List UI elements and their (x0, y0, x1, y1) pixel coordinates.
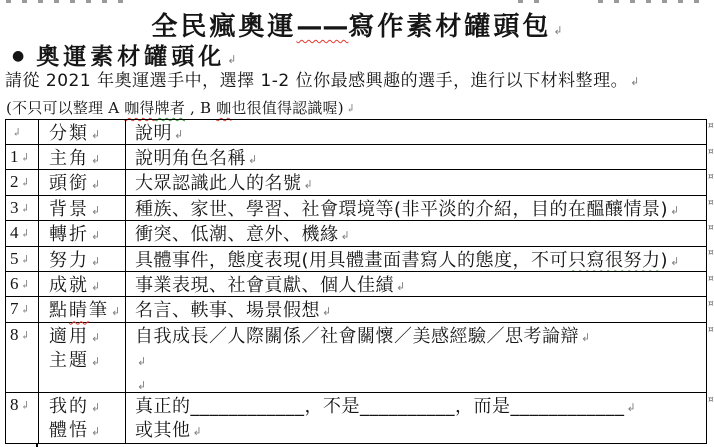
bullet-icon: ● (12, 48, 24, 64)
description-text: 大眾認識此人的名號 (135, 173, 302, 194)
title-text-right: 寫作素材罐頭包 (348, 12, 551, 42)
row-number: 2 (10, 172, 19, 191)
return-mark-icon: ↲ (91, 173, 100, 196)
row-end-mark-icon: ¤ (708, 275, 714, 284)
return-mark-icon: ↲ (630, 75, 639, 88)
return-mark-icon: ↲ (248, 148, 257, 169)
return-mark-icon: ↲ (21, 198, 30, 220)
return-mark-icon: ↲ (21, 249, 30, 271)
return-mark-icon: ↲ (304, 173, 313, 194)
row-end-mark-icon: ¤ (708, 173, 714, 182)
return-mark-icon: ↲ (137, 350, 146, 373)
description-text: 事業表現、社會貢獻、個人佳績 (135, 275, 394, 296)
row-end-mark-icon: ¤ (708, 199, 714, 208)
description-cell: 事業表現、社會貢獻、個人佳績↲ (126, 272, 706, 296)
return-mark-icon: ↲ (91, 123, 100, 146)
note-spellcheck-red: 咖得 (124, 99, 154, 117)
description-cell: 真正的____________，不是__________，而是_________… (126, 393, 706, 443)
category-cell: 適用↲ 主題↲ (39, 323, 126, 392)
return-mark-icon: ↲ (91, 199, 100, 222)
category-label: 成就 (49, 275, 89, 296)
return-mark-icon: ↲ (553, 24, 562, 37)
description-text: 或其他 (135, 420, 191, 441)
description-cell: 衝突、低潮、意外、機緣↲ (126, 221, 706, 245)
document-page: 全民瘋奧運——寫作素材罐頭包↲ ●奧運素材罐頭化↲ 請從 2021 年奧運選手中… (0, 0, 714, 447)
row-end-mark-icon: ¤ (708, 326, 714, 335)
row-number-cell: 1↲ (6, 145, 39, 169)
return-mark-icon: ↲ (21, 299, 30, 321)
return-mark-icon: ↲ (21, 274, 30, 296)
description-cell: 大眾認識此人的名號↲ (126, 170, 706, 194)
description-text: 衝突、低潮、意外、機緣 (135, 224, 339, 245)
return-mark-icon: ↲ (21, 147, 30, 169)
return-mark-icon: ↲ (111, 300, 120, 323)
description-text: 自我成長／人際關係／社會關懷／美感經驗／思考論辯 (135, 326, 579, 347)
return-mark-icon: ↲ (21, 395, 30, 417)
table-row: 1↲ 主角↲ 說明角色名稱↲ (6, 145, 706, 170)
table-row: 5↲ 努力↲ 具體事件，態度表現(用具體畫面書寫人的態度，不可只寫很努力)↲ (6, 247, 706, 272)
row-number: 8 (10, 395, 19, 414)
row-number-cell: ↲ (6, 120, 39, 144)
row-end-mark-icon: ¤ (708, 300, 714, 309)
return-mark-icon: ↲ (91, 420, 100, 443)
row-number: 5 (10, 249, 19, 268)
return-mark-icon: ↲ (193, 420, 202, 443)
cut-off-next-row-border (36, 443, 38, 447)
return-mark-icon: ↲ (396, 275, 405, 296)
row-number: 4 (10, 223, 19, 242)
row-number-cell: 6↲ (6, 272, 39, 296)
description-spellcheck-green: 只寫很努力 (568, 250, 661, 271)
category-spellcheck-red: 睛 (69, 300, 89, 321)
category-label: 體悟 (49, 420, 89, 441)
return-mark-icon: ↲ (137, 374, 146, 392)
description-cell: 具體事件，態度表現(用具體畫面書寫人的態度，不可只寫很努力)↲ (126, 247, 706, 271)
return-mark-icon: ↲ (91, 275, 100, 298)
return-mark-icon: ↲ (174, 123, 183, 144)
cropped-text-top (518, 0, 548, 3)
description-cell: 名言、軼事、場景假想↲ (126, 297, 706, 321)
table-row: 8↲ 我的↲ 體悟↲ 真正的____________，不是__________，… (6, 393, 706, 443)
return-mark-icon: ↲ (341, 224, 350, 245)
category-label: 努力 (49, 250, 89, 271)
table-row: 4↲ 轉折↲ 衝突、低潮、意外、機緣↲ (6, 221, 706, 246)
return-mark-icon: ↲ (91, 326, 100, 349)
description-cell: 種族、家世、學習、社會環境等(非平淡的介紹，目的在醞釀情景)↲ (126, 196, 706, 220)
note-text: (不只可以整理 A (6, 99, 124, 117)
category-header-cell: 分類↲ (39, 120, 126, 144)
return-mark-icon: ↲ (21, 325, 30, 347)
return-mark-icon: ↲ (12, 122, 21, 144)
category-label: 主角 (49, 148, 89, 169)
category-cell: 成就↲ (39, 272, 126, 296)
cropped-text-top (598, 0, 710, 3)
return-mark-icon: ↲ (91, 396, 100, 419)
description-text: ) (661, 250, 669, 271)
return-mark-icon: ↲ (322, 300, 331, 321)
description-cell: 說明角色名稱↲ (126, 145, 706, 169)
row-number-cell: 8↲ (6, 323, 39, 392)
row-end-mark-icon: ¤ (708, 396, 714, 405)
note-spellcheck-green: 牌者 (155, 99, 185, 117)
table-row: 6↲ 成就↲ 事業表現、社會貢獻、個人佳績↲ (6, 272, 706, 297)
table-row: 3↲ 背景↲ 種族、家世、學習、社會環境等(非平淡的介紹，目的在醞釀情景)↲ (6, 196, 706, 221)
note-text: 也很值得認識喔) (231, 99, 343, 117)
instruction-line: 請從 2021 年奧運選手中，選擇 1-2 位你最感興趣的選手，進行以下材料整理… (5, 66, 639, 91)
return-mark-icon: ↲ (21, 223, 30, 245)
return-mark-icon: ↲ (91, 148, 100, 171)
category-cell: 頭銜↲ (39, 170, 126, 194)
description-header-cell: 說明↲ (126, 120, 706, 144)
return-mark-icon: ↲ (346, 102, 355, 115)
description-text: 種族、家世、學習、社會環境等(非平淡的介紹，目的在醞釀情景) (135, 199, 668, 220)
row-number: 6 (10, 274, 19, 293)
header-label: 說明 (135, 123, 172, 144)
row-end-mark-icon: ¤ (708, 249, 714, 258)
category-label: 轉折 (49, 224, 89, 245)
table-row: 7↲ 點睛筆↲ 名言、軼事、場景假想↲ (6, 297, 706, 322)
table-row: 2↲ 頭銜↲ 大眾認識此人的名號↲ (6, 170, 706, 195)
category-cell: 我的↲ 體悟↲ (39, 393, 126, 443)
row-number: 1 (10, 147, 19, 166)
description-text: 名言、軼事、場景假想 (135, 300, 320, 321)
row-number-cell: 2↲ (6, 170, 39, 194)
category-cell: 主角↲ (39, 145, 126, 169)
return-mark-icon: ↲ (227, 53, 236, 66)
category-label: 點 (49, 300, 69, 321)
row-number-cell: 5↲ (6, 247, 39, 271)
category-cell: 轉折↲ (39, 221, 126, 245)
return-mark-icon: ↲ (91, 250, 100, 273)
row-number-cell: 7↲ (6, 297, 39, 321)
return-mark-icon: ↲ (21, 172, 30, 194)
category-label: 我的 (49, 396, 89, 417)
return-mark-icon: ↲ (627, 396, 636, 419)
category-label: 適用 (49, 326, 89, 347)
note-line: (不只可以整理 A 咖得牌者 , B 咖也很值得認識喔)↲ (6, 97, 355, 118)
row-number: 8 (10, 325, 19, 344)
row-end-mark-icon: ¤ (708, 122, 714, 131)
row-number-cell: 4↲ (6, 221, 39, 245)
return-mark-icon: ↲ (91, 350, 100, 373)
return-mark-icon: ↲ (581, 326, 590, 349)
row-end-mark-icon: ¤ (708, 224, 714, 233)
return-mark-icon: ↲ (670, 199, 679, 220)
instruction-text: 請從 2021 年奧運選手中，選擇 1-2 位你最感興趣的選手，進行以下材料整理… (5, 71, 628, 91)
materials-table: ↲ 分類↲ 說明↲ 1↲ 主角↲ 說明角色名稱↲ 2↲ 頭銜↲ 大眾認識此人的名… (5, 119, 707, 444)
description-cell: 自我成長／人際關係／社會關懷／美感經驗／思考論辯↲ ↲ ↲ (126, 323, 706, 392)
return-mark-icon: ↲ (91, 224, 100, 247)
row-number-cell: 8↲ (6, 393, 39, 443)
note-spellcheck-red: 咖 (216, 99, 231, 117)
row-number: 7 (10, 299, 19, 318)
note-text: , B (185, 99, 216, 117)
description-text: 說明角色名稱 (135, 148, 246, 169)
table-header-row: ↲ 分類↲ 說明↲ (6, 120, 706, 145)
category-label: 筆 (89, 300, 109, 321)
return-mark-icon: ↲ (670, 250, 679, 271)
table-row: 8↲ 適用↲ 主題↲ 自我成長／人際關係／社會關懷／美感經驗／思考論辯↲ ↲ ↲ (6, 323, 706, 393)
header-label: 分類 (49, 123, 89, 144)
category-cell: 背景↲ (39, 196, 126, 220)
row-number: 3 (10, 198, 19, 217)
row-number-cell: 3↲ (6, 196, 39, 220)
category-label: 主題 (49, 350, 89, 371)
cropped-text-top (6, 0, 128, 3)
row-end-mark-icon: ¤ (708, 148, 714, 157)
category-label: 頭銜 (49, 173, 89, 194)
description-text: 真正的____________，不是__________，而是_________… (135, 396, 625, 417)
category-cell: 點睛筆↲ (39, 297, 126, 321)
description-text: 具體事件，態度表現(用具體畫面書寫人的態度，不可 (135, 250, 568, 271)
category-label: 背景 (49, 199, 89, 220)
title-dash: —— (296, 12, 348, 42)
category-cell: 努力↲ (39, 247, 126, 271)
